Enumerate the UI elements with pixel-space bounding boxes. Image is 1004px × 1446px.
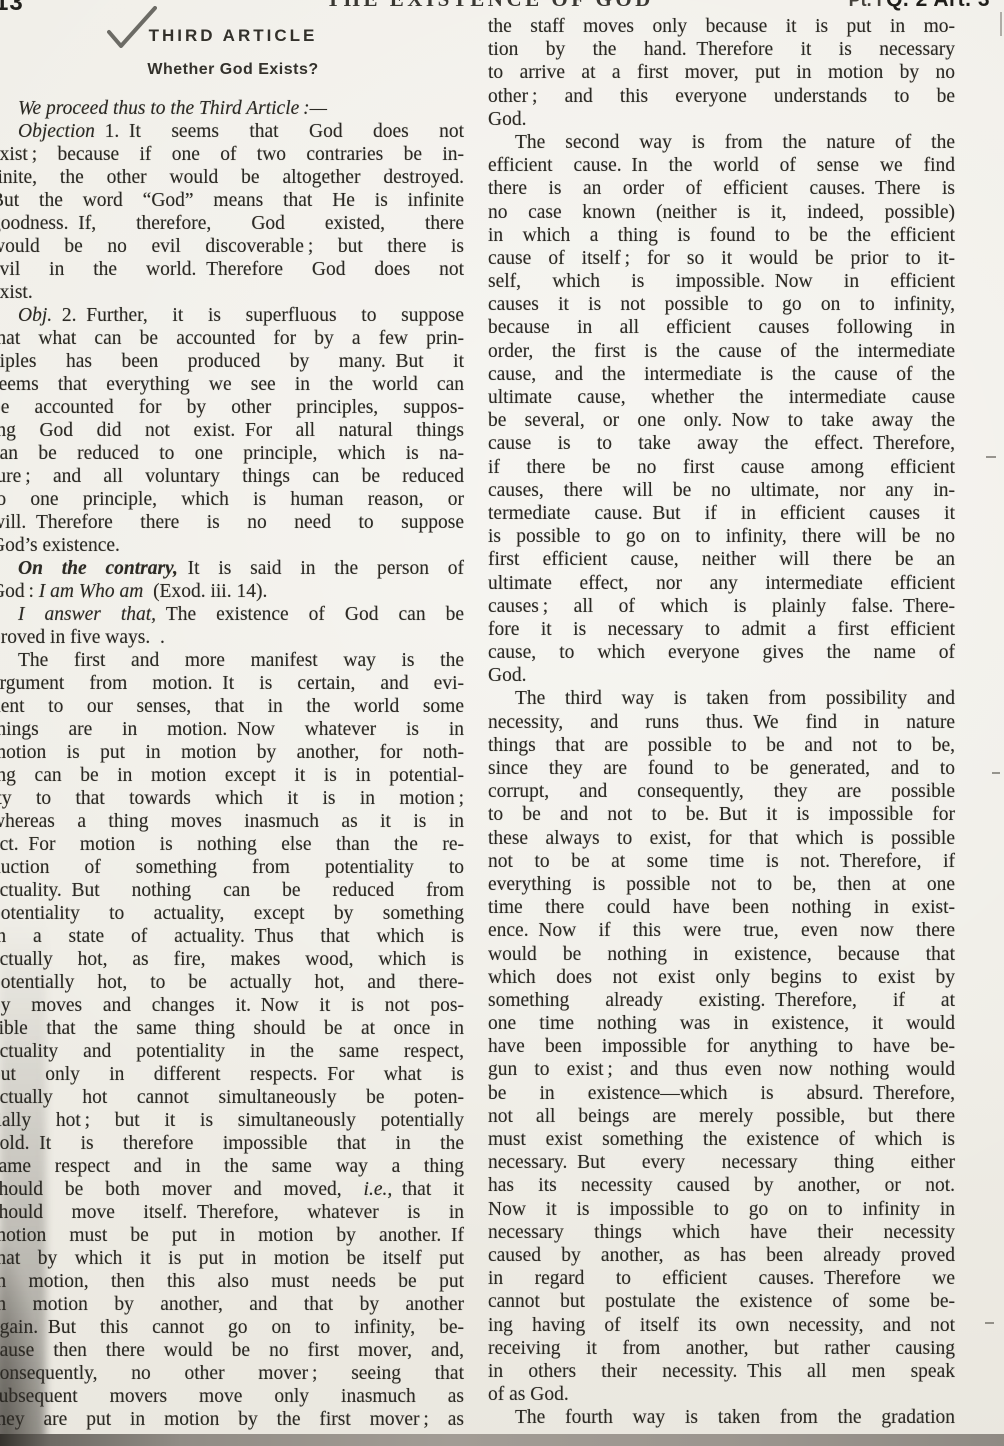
scan-artifact [1000,12,1002,36]
text-line: to one principle, which is human reason,… [0,488,464,511]
text-line: Objection 1. It seems that God does not [0,120,464,143]
text-line: to arrive at a first mover, put in motio… [488,61,955,84]
text-line: one time nothing was in existence, it wo… [488,1012,955,1035]
text-line: corrupt, and consequently, they are poss… [488,780,955,803]
text-line: necessity, and runs thus. We find in nat… [488,711,955,734]
header-question-article-label: Q. 2 Art. 3 [886,0,990,11]
text-line: God’s existence. [0,534,464,557]
text-line: We proceed thus to the Third Article :— [0,97,464,120]
text-line: cause, and the intermediate is the cause… [488,363,955,386]
text-line: things that are possible to be and not t… [488,734,955,757]
header-reference: Pt. I Q. 2 Art. 3 [849,0,990,12]
text-line: motion is put in motion by another, for … [0,741,464,764]
text-line: ture ; and all voluntary things can be r… [0,465,464,488]
text-line: consequently, no other mover ; seeing th… [0,1362,464,1385]
text-line: proved in five ways. . [0,626,464,649]
text-line: by moves and changes it. Now it is not p… [0,994,464,1017]
text-line: should move itself. Therefore, whatever … [0,1201,464,1224]
scan-artifact [992,772,1000,774]
text-line: self, which is impossible. Now in effici… [488,270,955,293]
text-line: God. [488,108,955,131]
text-line: caused by another, as has been already p… [488,1244,955,1267]
text-line: motion must be put in motion by another.… [0,1224,464,1247]
text-line: Obj. 2. Further, it is superfluous to su… [0,304,464,327]
text-line: in which a thing is found to be the effi… [488,224,955,247]
text-line: I answer that, The existence of God can … [0,603,464,626]
text-line: cause then there would be no first mover… [0,1339,464,1362]
header-running-title: THE EXISTENCE OF GOD [326,0,654,12]
text-line: necessary. But every necessary thing eit… [488,1151,955,1174]
text-line: exist. [0,281,464,304]
text-line: ity to that towards which it is in motio… [0,787,464,810]
text-line: no case known (neither is it, indeed, po… [488,201,955,224]
text-line: actuality and potentiality in the same r… [0,1040,464,1063]
text-line: On the contrary, It is said in the perso… [0,557,464,580]
text-line: time there could have been nothing in ex… [488,896,955,919]
book-page-scan: 13 THE EXISTENCE OF GOD Pt. I Q. 2 Art. … [0,0,1004,1446]
text-line: finite, the other would be altogether de… [0,166,464,189]
text-line: causes it is not possible to go on to in… [488,293,955,316]
text-line: will. Therefore there is no need to supp… [0,511,464,534]
text-line: have been impossible for anything to hav… [488,1035,955,1058]
text-line: there is an order of efficient causes. T… [488,177,955,200]
text-line: potentially hot, to be actually hot, and… [0,971,464,994]
text-line: order, the first is the cause of the int… [488,340,955,363]
text-line: has its necessity caused by another, or … [488,1174,955,1197]
text-line: again. But this cannot go on to infinity… [0,1316,464,1339]
text-line: ultimate effect, nor any intermediate ef… [488,572,955,595]
text-line: tion by the hand. Therefore it is necess… [488,38,955,61]
text-line: of as God. [488,1383,955,1406]
text-line: can be reduced to one principle, which i… [0,442,464,465]
text-line: is possible to go on to infinity, there … [488,525,955,548]
text-line: ing can be in motion except it is in pot… [0,764,464,787]
text-line: since they are found to be generated, an… [488,757,955,780]
header-part-label: Pt. I [849,0,882,10]
text-line: ing having of itself its own necessity, … [488,1314,955,1337]
text-line: the staff moves only because it is put i… [488,15,955,38]
text-line: should be both mover and moved, i.e., th… [0,1178,464,1201]
text-line: argument from motion. It is certain, and… [0,672,464,695]
text-line: which does not exist only begins to exis… [488,966,955,989]
text-line: sible that the same thing should be at o… [0,1017,464,1040]
text-line: potentiality to actuality, except by som… [0,902,464,925]
text-line: in motion, then this also must needs be … [0,1270,464,1293]
article-subheading: Whether God Exists? [0,61,466,79]
text-line: cannot but postulate the existence of so… [488,1290,955,1313]
text-line: be in existence—which is absurd. Therefo… [488,1082,955,1105]
text-line: cause, to which everyone gives the name … [488,641,955,664]
text-line: fore it is necessary to admit a first ef… [488,618,955,641]
text-line: causes, there will be no ultimate, nor a… [488,479,955,502]
text-line: seems that everything we see in the worl… [0,373,464,396]
text-line: actuality. But nothing can be reduced fr… [0,879,464,902]
text-line: first efficient cause, neither will ther… [488,548,955,571]
text-line: duction of something from potentiality t… [0,856,464,879]
text-line: God : I am Who am (Exod. iii. 14). [0,580,464,603]
text-line: The fourth way is taken from the gradati… [488,1406,955,1429]
text-line: that what can be accounted for by a few … [0,327,464,350]
text-line: be accounted for by other principles, su… [0,396,464,419]
text-line: in a state of actuality. Thus that which… [0,925,464,948]
column-right: the staff moves only because it is put i… [488,15,955,1429]
text-line: dent to our senses, that in the world so… [0,695,464,718]
text-line: cause of itself ; for so it would be pri… [488,247,955,270]
text-line: cause is to take away the effect. Theref… [488,432,955,455]
text-line: ciples has been produced by many. But it [0,350,464,373]
scan-artifact [985,1322,994,1324]
bottom-scan-edge [0,1434,1004,1446]
text-line: to be and not to be. But it is impossibl… [488,803,955,826]
text-line: whereas a thing moves inasmuch as it is … [0,810,464,833]
text-line: causes ; all of which is plainly false. … [488,595,955,618]
header-page-number: 13 [0,0,24,17]
text-line: would be nothing in existence, because t… [488,943,955,966]
text-line: Now it is impossible to go on to infinit… [488,1198,955,1221]
text-line: but only in different respects. For what… [0,1063,464,1086]
text-line: gun to exist ; and thus even now nothing… [488,1058,955,1081]
article-heading: THIRD ARTICLE [0,26,466,46]
text-line: But the word “God” means that He is infi… [0,189,464,212]
text-line: ing God did not exist. For all natural t… [0,419,464,442]
text-line: act. For motion is nothing else than the… [0,833,464,856]
text-line: other ; and this everyone understands to… [488,85,955,108]
text-line: necessary things which have their necess… [488,1221,955,1244]
text-line: would be no evil discoverable ; but ther… [0,235,464,258]
text-line: in motion by another, and that by anothe… [0,1293,464,1316]
text-line: these always to exist, for that which is… [488,827,955,850]
text-line: cold. It is therefore impossible that in… [0,1132,464,1155]
column-left: We proceed thus to the Third Article :—O… [0,97,464,1431]
text-line: something already existing. Therefore, i… [488,989,955,1012]
text-line: if there be no first cause among efficie… [488,456,955,479]
text-line: receiving it from another, but rather ca… [488,1337,955,1360]
scan-artifact [986,456,996,458]
text-line: termediate cause. But if in efficient ca… [488,502,955,525]
text-line: actually hot cannot simultaneously be po… [0,1086,464,1109]
text-line: exist ; because if one of two contraries… [0,143,464,166]
text-line: because in all efficient causes followin… [488,316,955,339]
text-line: The third way is taken from possibility … [488,687,955,710]
text-line: goodness. If, therefore, God existed, th… [0,212,464,235]
text-line: in others their necessity. This all men … [488,1360,955,1383]
text-line: be several, or one only. Now to take awa… [488,409,955,432]
text-line: God. [488,664,955,687]
text-line: The second way is from the nature of the [488,131,955,154]
text-line: they are put in motion by the first move… [0,1408,464,1431]
text-line: things are in motion. Now whatever is in [0,718,464,741]
text-line: same respect and in the same way a thing [0,1155,464,1178]
text-line: in regard to efficient causes. Therefore… [488,1267,955,1290]
text-line: not all beings are merely possible, but … [488,1105,955,1128]
text-line: evil in the world. Therefore God does no… [0,258,464,281]
text-line: ultimate cause, whether the intermediate… [488,386,955,409]
text-line: ence. Now if this were true, even now th… [488,919,955,942]
text-line: The first and more manifest way is the [0,649,464,672]
text-line: everything is possible not to be, then a… [488,873,955,896]
text-line: actually hot, as fire, makes wood, which… [0,948,464,971]
text-line: must exist something the existence of wh… [488,1128,955,1151]
text-line: efficient cause. In the world of sense w… [488,154,955,177]
text-line: tially hot ; but it is simultaneously po… [0,1109,464,1132]
text-line: subsequent movers move only inasmuch as [0,1385,464,1408]
text-line: not to be at some time is not. Therefore… [488,850,955,873]
text-line: that by which it is put in motion be its… [0,1247,464,1270]
